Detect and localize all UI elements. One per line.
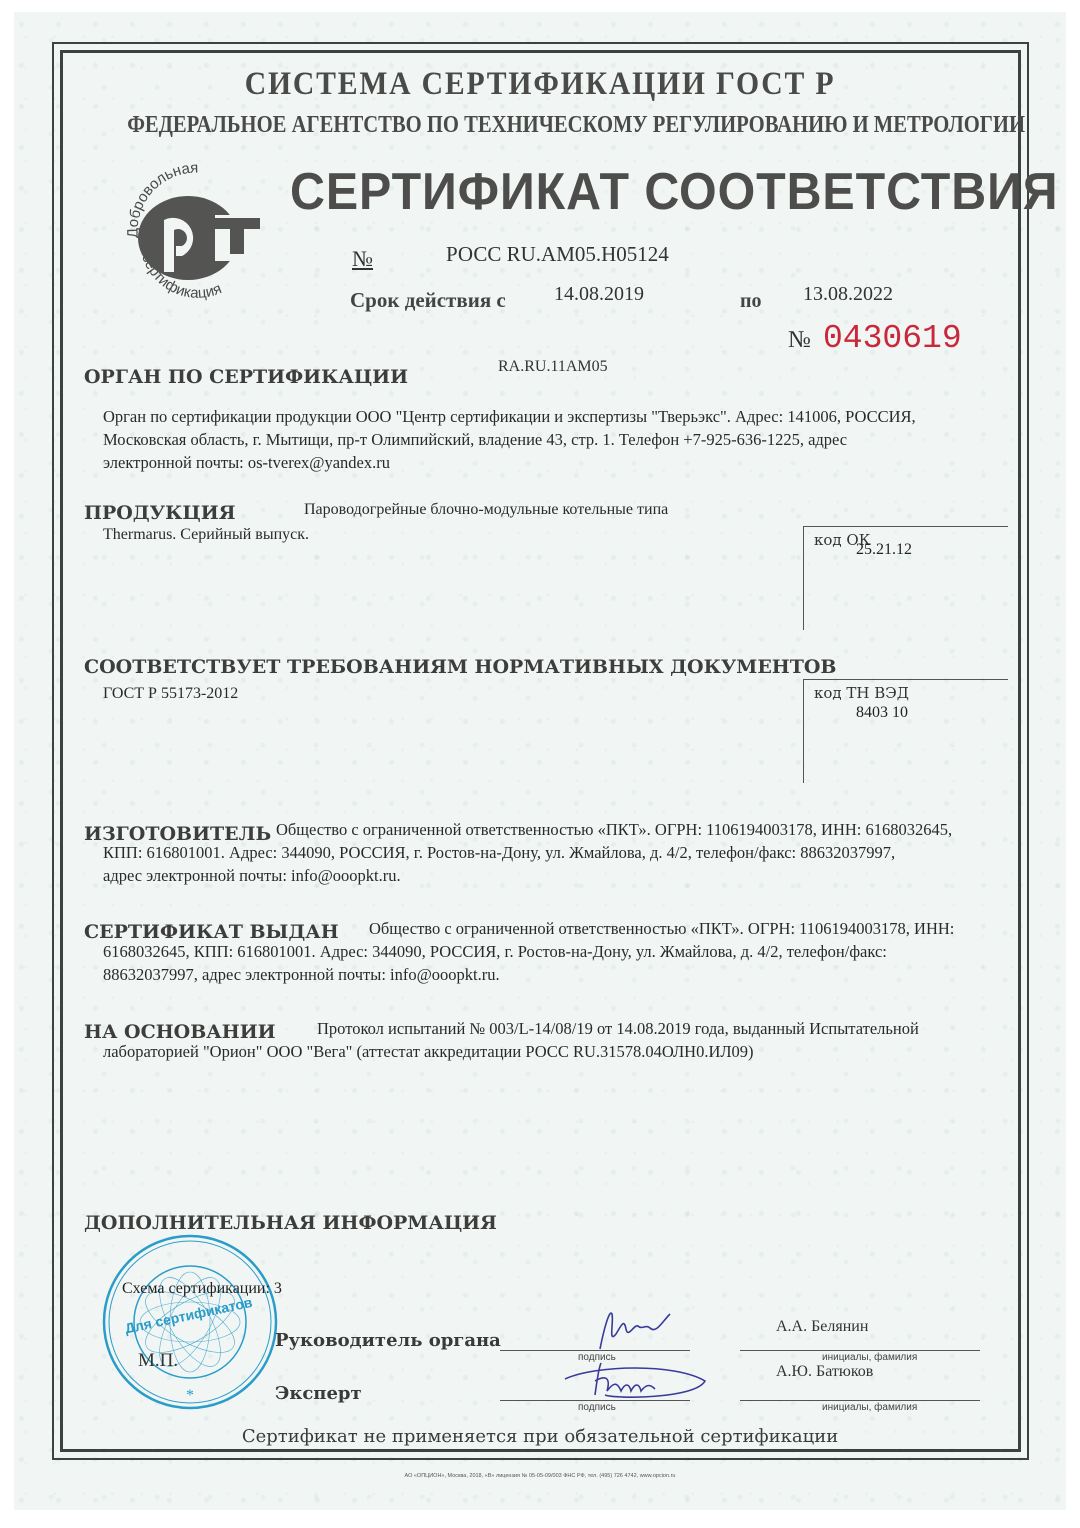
- head-signature-icon: [590, 1304, 690, 1354]
- product-heading: ПРОДУКЦИЯ: [84, 502, 235, 524]
- agency-title: ФЕДЕРАЛЬНОЕ АГЕНТСТВО ПО ТЕХНИЧЕСКОМУ РЕ…: [127, 112, 953, 139]
- valid-from-date: 14.08.2019: [554, 283, 644, 306]
- expert-label: Эксперт: [275, 1383, 362, 1404]
- registration-number-label: №: [352, 246, 373, 272]
- head-name-line: [740, 1350, 980, 1351]
- code-tn-ved-label: код ТН ВЭД: [814, 684, 909, 702]
- svg-text:*: *: [186, 1387, 194, 1404]
- certification-body-heading: ОРГАН ПО СЕРТИФИКАЦИИ: [84, 366, 408, 388]
- seal-place-label: М.П.: [138, 1350, 178, 1372]
- blank-number-label: №: [788, 327, 811, 354]
- expert-name-line: [740, 1400, 980, 1401]
- rst-logo-icon: Добровольная сертификация: [120, 160, 270, 310]
- stamp-seal-icon: Для сертификатов *: [100, 1232, 280, 1412]
- head-name: А.А. Белянин: [776, 1318, 868, 1336]
- valid-to-date: 13.08.2022: [803, 283, 893, 306]
- registration-number: РОСС RU.АМ05.Н05124: [446, 242, 669, 267]
- printer-imprint: АО «ОПЦИОН», Москва, 2018, «В» лицензия …: [60, 1473, 1020, 1479]
- validity-label: Срок действия с: [350, 288, 506, 313]
- code-tn-ved-value: 8403 10: [856, 704, 908, 722]
- manufacturer-details: Общество с ограниченной ответственностью…: [103, 818, 952, 887]
- requirements-heading: СООТВЕТСТВУЕТ ТРЕБОВАНИЯМ НОРМАТИВНЫХ ДО…: [84, 656, 837, 678]
- certification-body-code: RA.RU.11АМ05: [498, 358, 608, 376]
- certification-body-details: Орган по сертификации продукции ООО "Цен…: [103, 405, 916, 474]
- valid-to-label: по: [740, 290, 762, 313]
- document-title: СЕРТИФИКАТ СООТВЕТСТВИЯ: [290, 162, 1058, 222]
- head-of-body-label: Руководитель органа: [275, 1330, 501, 1351]
- product-description: Пароводогрейные блочно-модульные котельн…: [304, 498, 668, 521]
- expert-name-caption: инициалы, фамилия: [822, 1402, 917, 1413]
- blank-number: 0430619: [823, 320, 962, 357]
- additional-info-heading: ДОПОЛНИТЕЛЬНАЯ ИНФОРМАЦИЯ: [84, 1212, 497, 1234]
- normative-document: ГОСТ Р 55173-2012: [103, 682, 238, 705]
- system-title: СИСТЕМА СЕРТИФИКАЦИИ ГОСТ Р: [108, 66, 972, 103]
- code-tn-ved-box: код ТН ВЭД 8403 10: [803, 679, 1008, 783]
- product-description-cont: Thermarus. Серийный выпуск.: [103, 523, 309, 546]
- basis-details: Протокол испытаний № 003/L-14/08/19 от 1…: [103, 1017, 919, 1063]
- code-ok-value: 25.21.12: [856, 541, 912, 559]
- issued-to-details: Общество с ограниченной ответственностью…: [103, 917, 954, 986]
- expert-name: А.Ю. Батюков: [776, 1363, 873, 1381]
- head-name-caption: инициалы, фамилия: [822, 1352, 917, 1363]
- code-ok-box: код ОК 25.21.12: [803, 526, 1008, 630]
- certification-scheme: Схема сертификации: 3: [122, 1280, 282, 1298]
- expert-signature-icon: [555, 1355, 715, 1405]
- footer-note: Сертификат не применяется при обязательн…: [60, 1426, 1020, 1447]
